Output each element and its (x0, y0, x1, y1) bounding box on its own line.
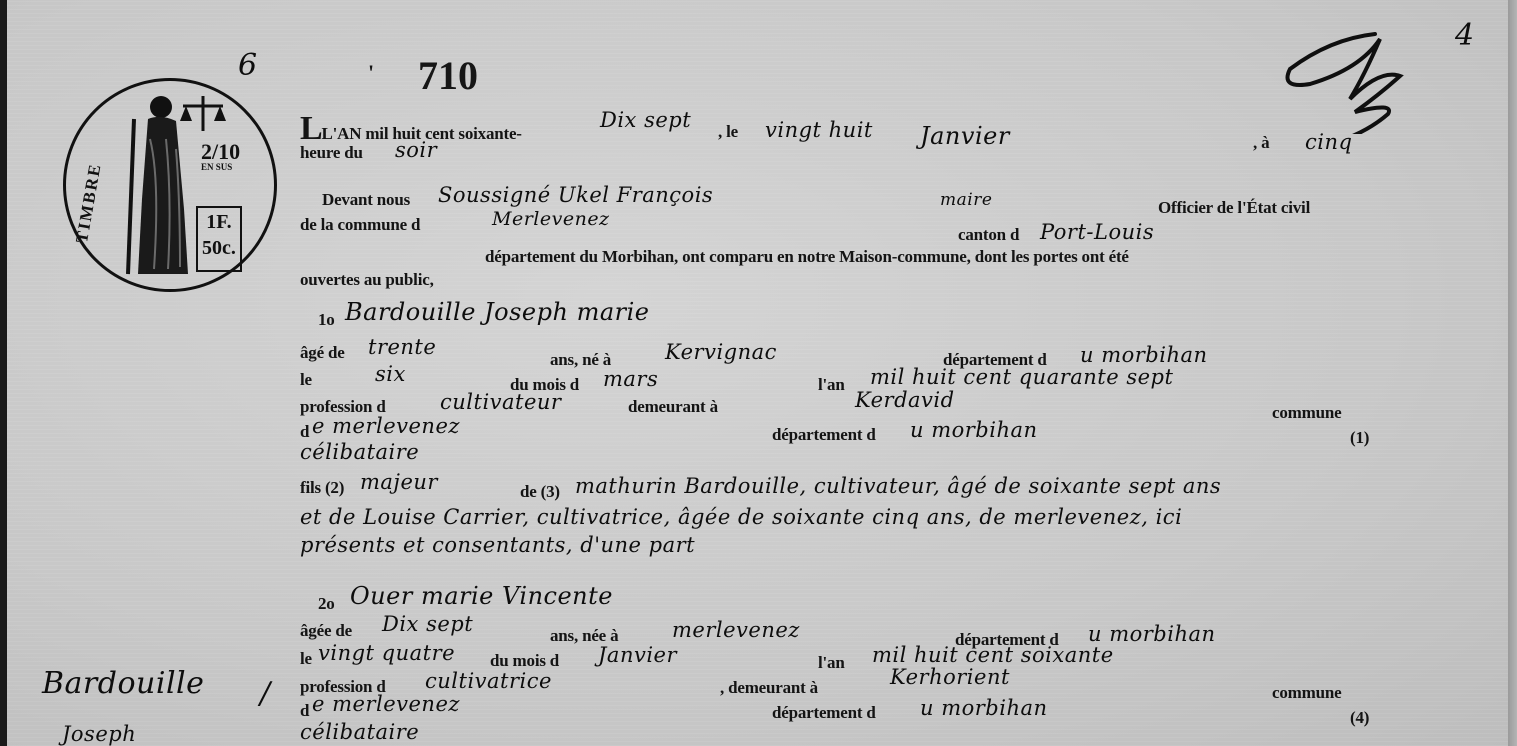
margin-annotation-given-name: Joseph (62, 722, 136, 746)
groom-de-label: d (300, 422, 309, 442)
handwritten-bride-name: Ouer marie Vincente (350, 582, 613, 610)
handwritten-bride-dept-2: u morbihan (920, 696, 1048, 720)
groom-footnote-1: (1) (1350, 428, 1369, 448)
corner-mark: 4 (1455, 18, 1475, 53)
bride-le-label: le (300, 649, 312, 669)
stamp-surcharge: 2/10 EN SUS (201, 141, 240, 172)
groom-son-label: fils (2) (300, 478, 344, 498)
handwritten-groom-dept-1: u morbihan (1080, 343, 1208, 367)
stamp-surcharge-value: 2/10 (201, 139, 240, 164)
scales-icon (178, 91, 228, 141)
handwritten-month: Janvier (920, 122, 1010, 150)
bride-dept-label-2: département d (772, 703, 876, 723)
groom-year-label: l'an (818, 375, 845, 395)
officer-title: Officier de l'État civil (1158, 198, 1310, 218)
handwritten-groom-parents-line-2: et de Louise Carrier, cultivatrice, âgée… (300, 505, 1182, 529)
commune-label: de la commune d (300, 215, 420, 235)
handwritten-groom-parents-line-3: présents et consentants, d'une part (300, 533, 695, 557)
bride-ordinal: 2o (318, 594, 335, 614)
handwritten-groom-dept-2: u morbihan (910, 418, 1038, 442)
handwritten-bride-age: Dix sept (382, 612, 473, 636)
groom-age-label: âgé de (300, 343, 345, 363)
handwritten-time-of-day: soir (395, 138, 437, 162)
record-number: 710 (418, 52, 478, 99)
handwritten-bride-status: célibataire (300, 720, 419, 744)
handwritten-bride-day: vingt quatre (318, 641, 455, 665)
groom-ordinal: 1o (318, 310, 335, 330)
handwritten-groom-profession: cultivateur (440, 390, 561, 414)
bride-footnote-4: (4) (1350, 708, 1369, 728)
groom-le-label: le (300, 370, 312, 390)
handwritten-year: Dix sept (600, 108, 691, 132)
stamp-surcharge-label: EN SUS (201, 163, 240, 172)
scanned-register-page: TIMBRE 2/10 EN SUS 1F. 50c. 6 ' 710 4 LL… (0, 0, 1517, 746)
handwritten-groom-majority: majeur (360, 470, 438, 494)
handwritten-bride-birth-year: mil huit cent soixante (872, 643, 1114, 667)
handwritten-officer-role: maire (940, 190, 992, 210)
tick-mark: ' (368, 60, 374, 86)
handwritten-groom-parents-line-1: mathurin Bardouille, cultivateur, âgé de… (575, 474, 1221, 498)
paraph-signature-icon (1270, 14, 1420, 134)
header-le: , le (718, 122, 738, 142)
stamp-label: TIMBRE (72, 161, 106, 244)
handwritten-officer-name: Soussigné Ukel François (438, 183, 713, 207)
handwritten-bride-commune: e merlevenez (312, 692, 460, 716)
handwritten-groom-residence: Kerdavid (855, 388, 955, 412)
groom-parents-label: de (3) (520, 482, 560, 502)
stamp-price-box: 1F. 50c. (196, 206, 242, 272)
groom-born-label: ans, né à (550, 350, 611, 370)
handwritten-hour: cinq (1305, 130, 1352, 154)
tax-stamp: TIMBRE 2/10 EN SUS 1F. 50c. (63, 78, 277, 292)
handwritten-groom-age: trente (368, 335, 436, 359)
bride-commune-label: commune (1272, 683, 1341, 703)
handwritten-groom-commune: e merlevenez (312, 414, 460, 438)
margin-annotation-surname: Bardouille (42, 666, 204, 701)
bride-month-label: du mois d (490, 651, 559, 671)
bride-year-label: l'an (818, 653, 845, 673)
department-line: département du Morbihan, ont comparu en … (485, 247, 1129, 267)
handwritten-day: vingt huit (765, 118, 873, 142)
groom-dept-label-2: département d (772, 425, 876, 445)
page-binding-edge (0, 0, 7, 746)
bride-de-label: d (300, 701, 309, 721)
handwritten-bride-birthplace: merlevenez (672, 618, 800, 642)
officer-label: Devant nous (322, 190, 410, 210)
header-a: , à (1253, 133, 1269, 153)
handwritten-bride-profession: cultivatrice (425, 669, 552, 693)
stamp-price-cent: 50c. (198, 236, 240, 260)
groom-residence-label: demeurant à (628, 397, 718, 417)
header-hour-label: heure du (300, 143, 363, 163)
handwritten-groom-birth-year: mil huit cent quarante sept (870, 365, 1173, 389)
bride-residence-label: , demeurant à (720, 678, 818, 698)
stamp-price-franc: 1F. (198, 208, 240, 236)
handwritten-groom-birthplace: Kervignac (665, 340, 777, 364)
groom-commune-label: commune (1272, 403, 1341, 423)
margin-annotation-mark: / (260, 676, 271, 711)
handwritten-canton: Port-Louis (1040, 220, 1154, 244)
public-line: ouvertes au public, (300, 270, 434, 290)
bride-age-label: âgée de (300, 621, 352, 641)
page-right-edge (1508, 0, 1517, 746)
handwritten-bride-month: Janvier (598, 643, 677, 667)
margin-number: 6 (238, 48, 258, 83)
handwritten-groom-status: célibataire (300, 440, 419, 464)
handwritten-groom-month: mars (603, 367, 658, 391)
handwritten-groom-day: six (375, 362, 406, 386)
handwritten-bride-residence: Kerhorient (890, 665, 1010, 689)
canton-label: canton d (958, 225, 1019, 245)
handwritten-commune: Merlevenez (492, 208, 610, 230)
handwritten-groom-name: Bardouille Joseph marie (345, 298, 650, 326)
